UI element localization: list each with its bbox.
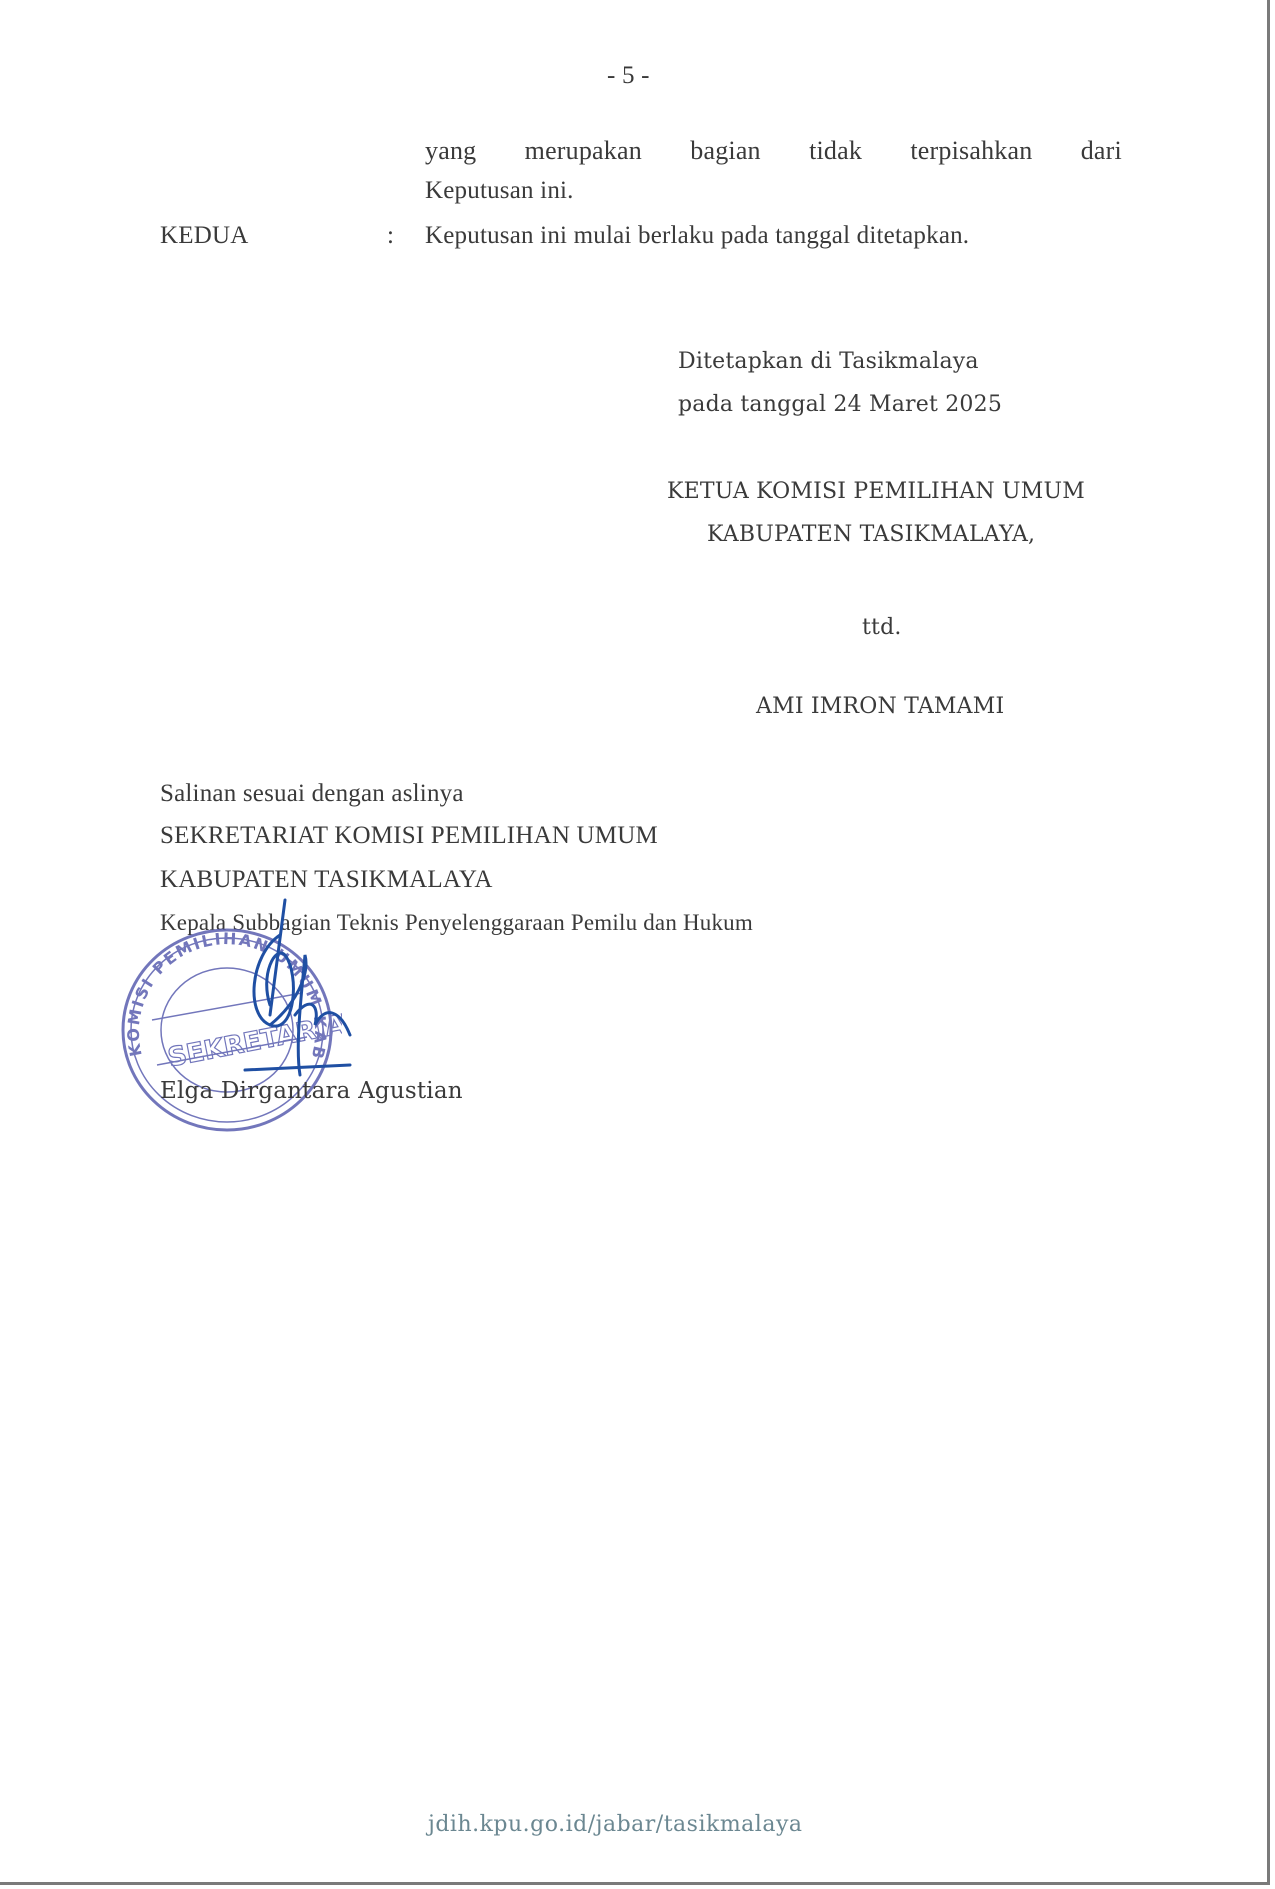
word: merupakan [525, 136, 642, 166]
page-number: - 5 - [607, 62, 650, 90]
continuation-line-1: yang merupakan bagian tidak terpisahkan … [425, 136, 1122, 166]
clause-label-kedua: KEDUA [160, 222, 249, 250]
word: tidak [809, 136, 862, 166]
word: dari [1081, 136, 1122, 166]
word: terpisahkan [910, 136, 1032, 166]
certified-copy-line-2: SEKRETARIAT KOMISI PEMILIHAN UMUM [160, 822, 658, 850]
clause-text-kedua: Keputusan ini mulai berlaku pada tanggal… [425, 222, 969, 250]
signing-place: Ditetapkan di Tasikmalaya [678, 349, 979, 374]
signing-date: pada tanggal 24 Maret 2025 [678, 392, 1002, 417]
word: bagian [690, 136, 761, 166]
signatory-name: AMI IMRON TAMAMI [756, 694, 1004, 719]
certifier-name: Elga Dirgantara Agustian [160, 1078, 463, 1104]
page-border-bottom [0, 1882, 1270, 1885]
page-border-right [1267, 0, 1270, 1885]
word: yang [425, 136, 476, 166]
clause-colon: : [387, 222, 394, 250]
signed-mark: ttd. [862, 615, 902, 640]
handwritten-signature-icon [240, 895, 360, 1095]
continuation-line-2: Keputusan ini. [425, 177, 574, 205]
signatory-title-line-1: KETUA KOMISI PEMILIHAN UMUM [667, 479, 1085, 504]
certified-copy-line-1: Salinan sesuai dengan aslinya [160, 780, 464, 808]
certified-copy-line-3: KABUPATEN TASIKMALAYA [160, 866, 493, 894]
footer-url: jdih.kpu.go.id/jabar/tasikmalaya [428, 1812, 803, 1837]
signatory-title-line-2: KABUPATEN TASIKMALAYA, [707, 522, 1035, 547]
